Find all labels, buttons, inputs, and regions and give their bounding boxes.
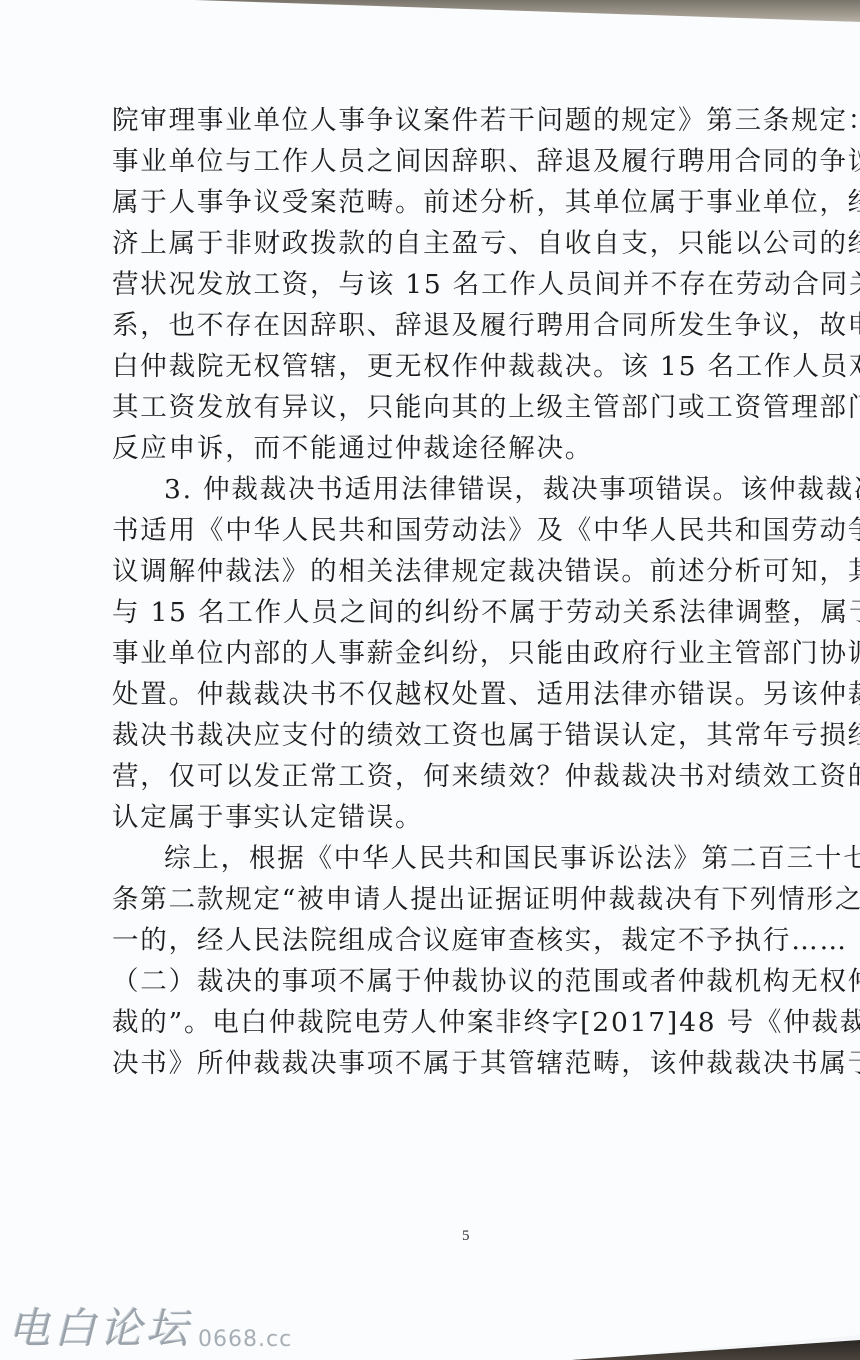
watermark-url: 0668.cc: [198, 1327, 292, 1352]
document-page: 院审理事业单位人事争议案件若干问题的规定》第三条规定： 事业单位与工作人员之间因…: [0, 0, 860, 1360]
text-line: 裁决书裁决应支付的绩效工资也属于错误认定，其常年亏损经: [112, 715, 802, 756]
section-heading-line: 3. 仲裁裁决书适用法律错误，裁决事项错误。该仲裁裁决: [112, 469, 802, 510]
page-number: 5: [462, 1228, 470, 1245]
text-line: 决书》所仲裁裁决事项不属于其管辖范畴，该仲裁裁决书属于: [112, 1043, 802, 1084]
text-line: 认定属于事实认定错误。: [112, 797, 802, 838]
text-line: 属于人事争议受案范畴。前述分析，其单位属于事业单位，经: [112, 182, 802, 223]
text-line: 事业单位内部的人事薪金纠纷，只能由政府行业主管部门协调: [112, 633, 802, 674]
text-line: 裁的”。电白仲裁院电劳人仲案非终字[2017]48 号《仲裁裁: [112, 1002, 802, 1043]
text-line: 与 15 名工作人员之间的纠纷不属于劳动关系法律调整，属于: [112, 592, 802, 633]
text-line: 营状况发放工资，与该 15 名工作人员间并不存在劳动合同关: [112, 264, 802, 305]
watermark: 电白论坛 0668.cc: [8, 1296, 292, 1356]
text-line: 事业单位与工作人员之间因辞职、辞退及履行聘用合同的争议: [112, 141, 802, 182]
text-line: 书适用《中华人民共和国劳动法》及《中华人民共和国劳动争: [112, 510, 802, 551]
text-line: 营，仅可以发正常工资，何来绩效？仲裁裁决书对绩效工资的: [112, 756, 802, 797]
text-line: 一的，经人民法院组成合议庭审查核实，裁定不予执行……: [112, 920, 802, 961]
watermark-logo-text: 电白论坛: [8, 1296, 192, 1356]
text-line: 反应申诉，而不能通过仲裁途径解决。: [112, 428, 802, 469]
text-line: 院审理事业单位人事争议案件若干问题的规定》第三条规定：: [112, 100, 802, 141]
conclusion-paragraph-line: 综上，根据《中华人民共和国民事诉讼法》第二百三十七: [112, 838, 802, 879]
text-line: 系，也不存在因辞职、辞退及履行聘用合同所发生争议，故电: [112, 305, 802, 346]
text-line: 济上属于非财政拨款的自主盈亏、自收自支，只能以公司的经: [112, 223, 802, 264]
text-line: 白仲裁院无权管辖，更无权作仲裁裁决。该 15 名工作人员对: [112, 346, 802, 387]
text-line: 其工资发放有异议，只能向其的上级主管部门或工资管理部门: [112, 387, 802, 428]
text-line: （二）裁决的事项不属于仲裁协议的范围或者仲裁机构无权仲: [112, 961, 802, 1002]
text-line: 议调解仲裁法》的相关法律规定裁决错误。前述分析可知，其: [112, 551, 802, 592]
text-line: 条第二款规定“被申请人提出证据证明仲裁裁决有下列情形之: [112, 879, 802, 920]
text-line: 处置。仲裁裁决书不仅越权处置、适用法律亦错误。另该仲裁: [112, 674, 802, 715]
document-body: 院审理事业单位人事争议案件若干问题的规定》第三条规定： 事业单位与工作人员之间因…: [112, 100, 802, 1084]
